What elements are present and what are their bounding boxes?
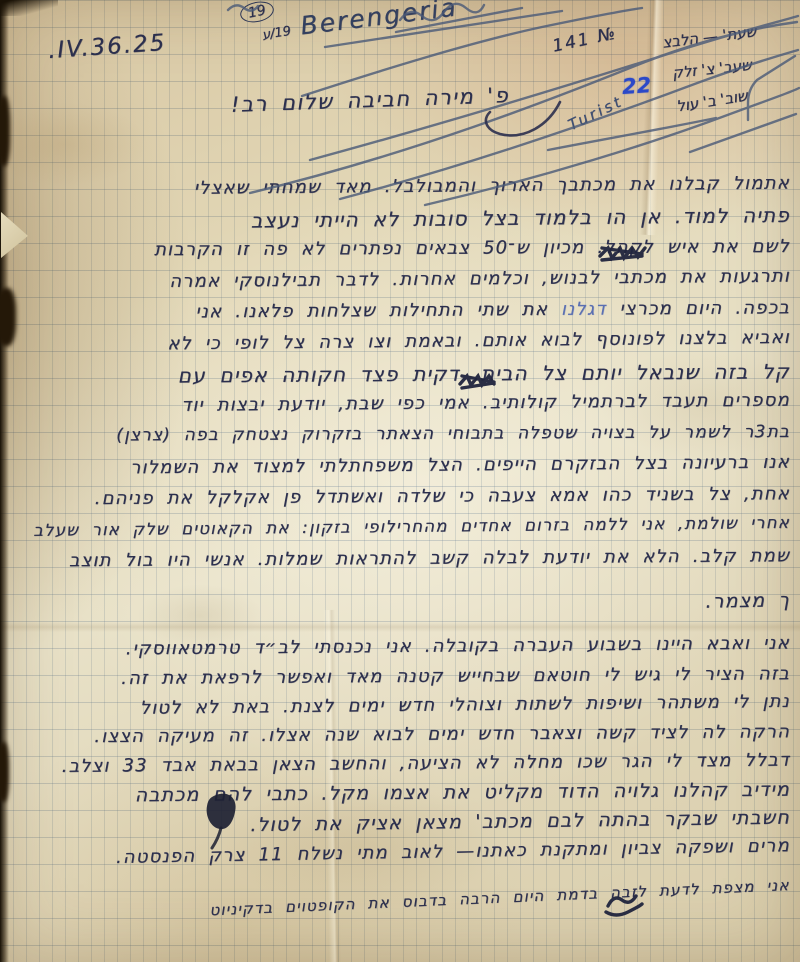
handwritten-line: לשם את איש לקהל. מכיון ש־50 צבאים נפתרים…: [10, 236, 790, 261]
line-text: בכפה. היום מכרצי: [606, 297, 790, 319]
photo-corner-shadow: [0, 0, 58, 16]
blue-crayon-number: 22: [621, 73, 652, 99]
paper-edge-shadow: [0, 96, 10, 166]
paper-crease: [0, 622, 800, 632]
paper-edge-shadow: [0, 742, 9, 802]
handwritten-line: בת3ר לשמר על בצויה שטפלה בתבוחי הצאתר בז…: [10, 422, 790, 446]
blue-ink-word: דגלנו: [561, 299, 607, 320]
line-text: את שתי התחילות שצלחות פלאנו. אני: [195, 299, 561, 323]
letter-photo: 25.IV.36. Berengeria 19 19/ע № 141 שעת' …: [0, 0, 800, 962]
